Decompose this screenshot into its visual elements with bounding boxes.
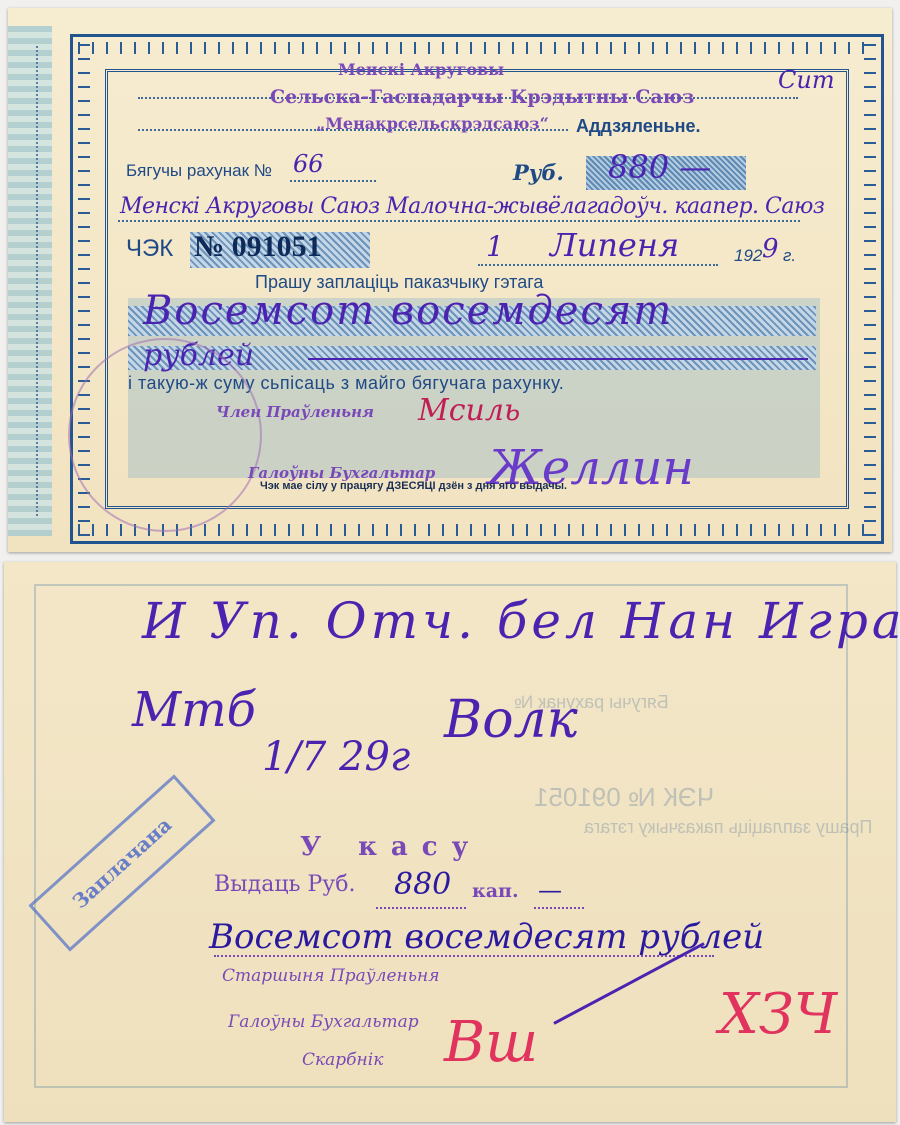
year-unit: г. (783, 246, 796, 266)
round-seal (68, 338, 262, 532)
amount-words-back: Восемсот восемдесят рублей (209, 917, 764, 957)
to-cashier-stamp: У касу (300, 832, 482, 862)
branch-label: Аддзяленьне. (576, 116, 701, 137)
endorsement-date: 1/7 29г (262, 734, 410, 780)
account-number: 66 (293, 150, 324, 178)
amount-words-line1: Восемсот восемдесят (143, 288, 673, 334)
currency-label: Руб. (513, 160, 564, 185)
endorsement-line2: Мтб (132, 682, 256, 738)
account-label: Бягучы рахунак № (126, 161, 272, 181)
chief-accountant-label-back: Галоўны Бухгальтар (228, 1012, 419, 1032)
board-chair-label: Старшыня Праўленьня (222, 966, 439, 986)
board-member-label: Член Праўленьня (216, 403, 374, 421)
counterfoil-stub (8, 26, 52, 536)
cheque-front: Менскі Акруговы Сельска-Гаспадарчы Крэды… (8, 8, 892, 552)
kop-label: кап. (472, 880, 519, 902)
payee-handwritten: Менскі Акруговы Саюз Малочна-жывёлагадоў… (120, 194, 824, 219)
header-line2: Сельска-Гаспадарчы Крэдытны Саюз (270, 86, 694, 108)
cheque-number: № 091051 (194, 230, 322, 264)
red-mark-1: Вш (444, 1010, 538, 1075)
header-line3: „Менакрсельскрэдсаюз“ (316, 114, 549, 133)
header-line1: Менскі Акруговы (338, 60, 504, 79)
treasurer-label: Скарбнік (302, 1050, 383, 1070)
kop-value: — (538, 876, 562, 904)
issue-label: Выдаць Руб. (214, 872, 355, 897)
date-month: Липеня (550, 226, 679, 264)
endorsement-signature: Волк (444, 690, 578, 750)
board-member-signature: Мсиль (418, 393, 520, 428)
red-mark-2: ХЗЧ (719, 982, 837, 1047)
corner-handwriting: Сит (778, 66, 835, 94)
cheque-label: ЧЭК (126, 235, 173, 263)
year-suffix: 9 (762, 234, 779, 264)
amount-figures: 880 — (608, 148, 711, 186)
endorsement-line1: И Уп. Отч. бел Нан Игра вам (142, 592, 900, 650)
date-day: 1 (486, 230, 504, 263)
issue-amount: 880 (394, 867, 451, 902)
validity-note: Чэк мае сілу у працягу ДЗЕСЯЦІ дзён з дн… (260, 480, 567, 492)
cheque-back: Бягучы рахунак № ЧЭК № 091051 Прашу запл… (4, 562, 896, 1122)
year-prefix: 192 (734, 246, 762, 266)
